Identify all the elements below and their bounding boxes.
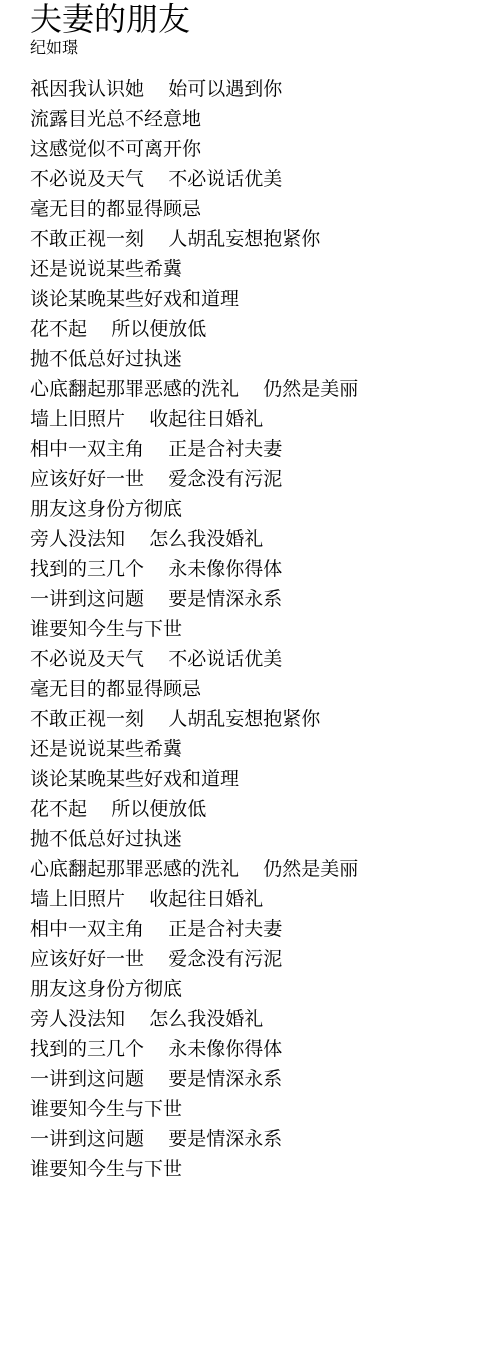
lyric-line: 心底翻起那罪恶感的洗礼 仍然是美丽 xyxy=(30,375,480,405)
lyric-line: 流露目光总不经意地 xyxy=(30,105,480,135)
lyric-line: 相中一双主角 正是合衬夫妻 xyxy=(30,915,480,945)
lyric-line: 朋友这身份方彻底 xyxy=(30,495,480,525)
lyric-line: 谁要知今生与下世 xyxy=(30,1095,480,1125)
artist-name: 纪如璟 xyxy=(30,38,480,60)
lyric-line: 一讲到这问题 要是情深永系 xyxy=(30,1065,480,1095)
lyric-line: 谈论某晚某些好戏和道理 xyxy=(30,765,480,795)
lyric-line: 一讲到这问题 要是情深永系 xyxy=(30,1125,480,1155)
lyric-line: 毫无目的都显得顾忌 xyxy=(30,675,480,705)
lyric-line: 不必说及天气 不必说话优美 xyxy=(30,165,480,195)
lyric-line: 找到的三几个 永未像你得体 xyxy=(30,1035,480,1065)
lyric-line: 墙上旧照片 收起往日婚礼 xyxy=(30,885,480,915)
lyric-line: 花不起 所以便放低 xyxy=(30,795,480,825)
lyric-line: 找到的三几个 永未像你得体 xyxy=(30,555,480,585)
lyric-line: 心底翻起那罪恶感的洗礼 仍然是美丽 xyxy=(30,855,480,885)
lyric-line: 谈论某晚某些好戏和道理 xyxy=(30,285,480,315)
lyric-line: 还是说说某些希冀 xyxy=(30,735,480,765)
lyric-line: 抛不低总好过执迷 xyxy=(30,825,480,855)
lyric-line: 抛不低总好过执迷 xyxy=(30,345,480,375)
lyric-line: 这感觉似不可离开你 xyxy=(30,135,480,165)
lyric-line: 相中一双主角 正是合衬夫妻 xyxy=(30,435,480,465)
lyric-line: 墙上旧照片 收起往日婚礼 xyxy=(30,405,480,435)
lyric-line: 不敢正视一刻 人胡乱妄想抱紧你 xyxy=(30,705,480,735)
lyric-line: 一讲到这问题 要是情深永系 xyxy=(30,585,480,615)
lyric-line: 毫无目的都显得顾忌 xyxy=(30,195,480,225)
lyric-line: 不敢正视一刻 人胡乱妄想抱紧你 xyxy=(30,225,480,255)
lyric-line: 应该好好一世 爱念没有污泥 xyxy=(30,465,480,495)
lyric-line: 不必说及天气 不必说话优美 xyxy=(30,645,480,675)
song-title: 夫妻的朋友 xyxy=(30,0,480,38)
lyric-line: 还是说说某些希冀 xyxy=(30,255,480,285)
lyric-line: 旁人没法知 怎么我没婚礼 xyxy=(30,1005,480,1035)
lyric-line: 花不起 所以便放低 xyxy=(30,315,480,345)
lyrics-page: 夫妻的朋友 纪如璟 祇因我认识她 始可以遇到你流露目光总不经意地这感觉似不可离开… xyxy=(0,0,500,1360)
lyric-line: 朋友这身份方彻底 xyxy=(30,975,480,1005)
lyric-line: 应该好好一世 爱念没有污泥 xyxy=(30,945,480,975)
lyric-line: 祇因我认识她 始可以遇到你 xyxy=(30,75,480,105)
lyric-line: 旁人没法知 怎么我没婚礼 xyxy=(30,525,480,555)
lyrics-block: 祇因我认识她 始可以遇到你流露目光总不经意地这感觉似不可离开你不必说及天气 不必… xyxy=(30,75,480,1185)
lyric-line: 谁要知今生与下世 xyxy=(30,1155,480,1185)
lyric-line: 谁要知今生与下世 xyxy=(30,615,480,645)
